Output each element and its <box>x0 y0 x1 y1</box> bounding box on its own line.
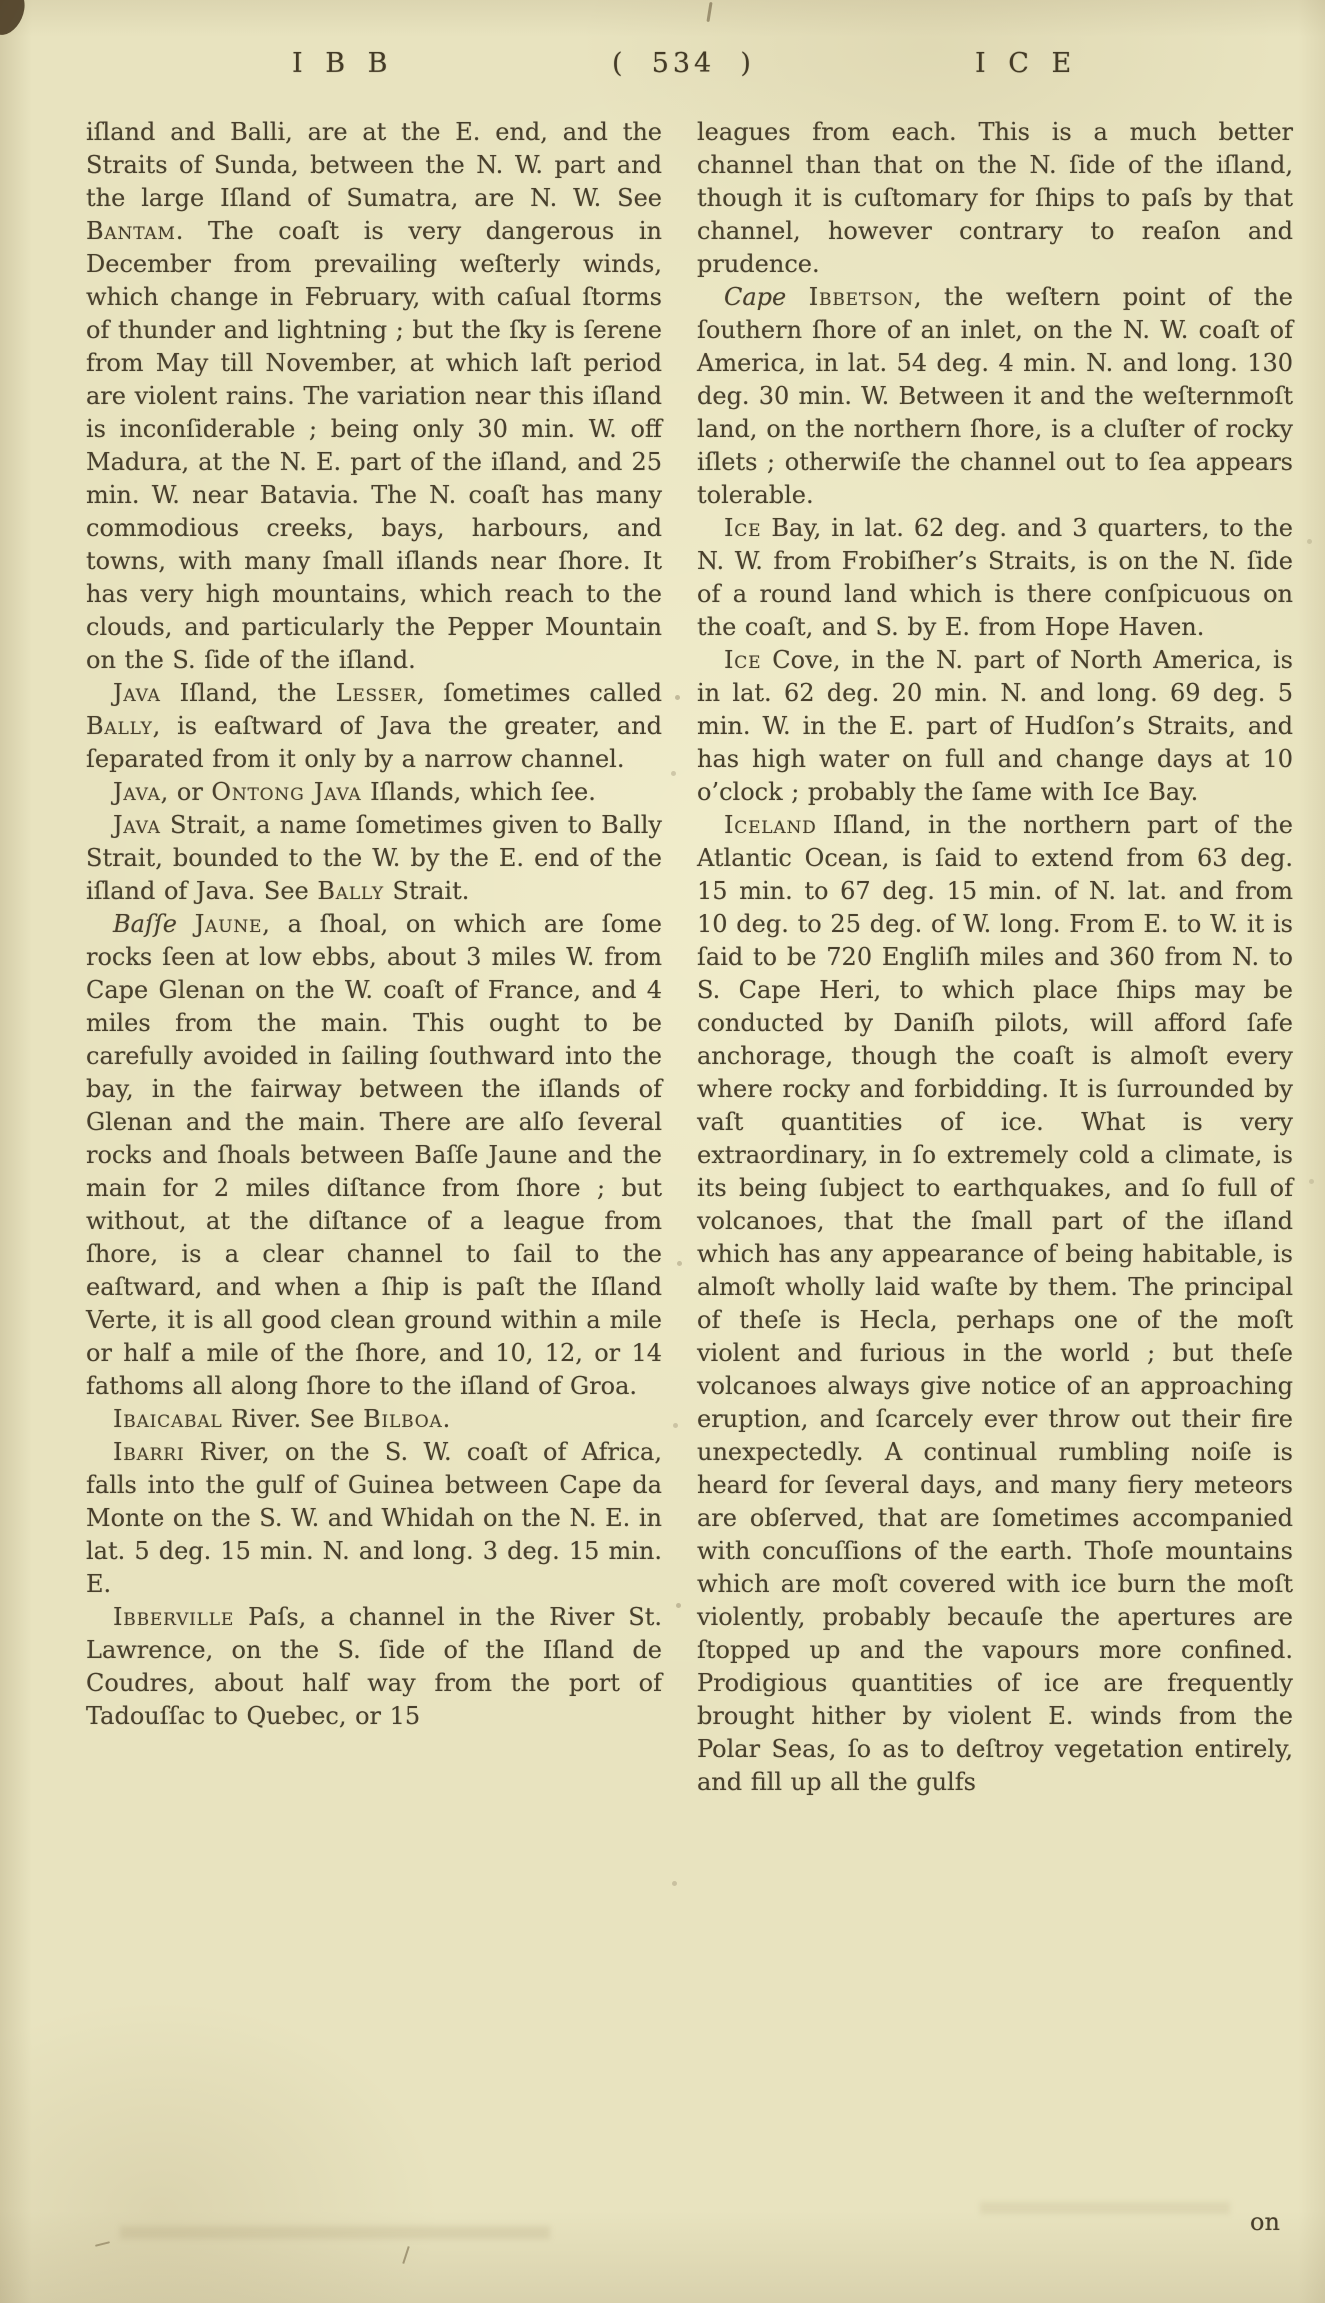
stray-slash-mark <box>402 2246 409 2264</box>
entry-headword: Java <box>113 778 161 806</box>
ink-tick-mark <box>706 2 712 22</box>
paragraph: leagues from each. This is a much better… <box>697 116 1293 281</box>
running-head-right: I C E <box>975 48 1078 79</box>
entry-headword: Jaune <box>195 910 263 938</box>
text-column-left: iſland and Balli, are at the E. end, and… <box>86 116 662 1733</box>
paper-specks <box>0 0 3 3</box>
text-run <box>177 910 195 938</box>
entry-headword: Ibarri <box>113 1438 184 1466</box>
entry-headword: Bantam <box>86 217 176 245</box>
entry-headword: Ice <box>724 646 761 674</box>
entry-headword: Iceland <box>724 811 817 839</box>
text-run: , is eaſtward of Java the greater, and ſ… <box>86 712 662 773</box>
entry-headword: Bilboa <box>363 1405 442 1433</box>
paragraph: Ibaicabal River. See Bilboa. <box>86 1403 662 1436</box>
text-column-right: leagues from each. This is a much better… <box>697 116 1293 1799</box>
catchword: on <box>1250 2208 1280 2236</box>
paragraph: Ice Bay, in lat. 62 deg. and 3 quarters,… <box>697 512 1293 644</box>
text-run: leagues from each. This is a much better… <box>697 118 1293 278</box>
show-through-smudge-left <box>120 2226 550 2239</box>
running-head-left: I B B <box>292 48 395 79</box>
paragraph: Java Iſland, the Lesser, ſometimes calle… <box>86 677 662 776</box>
entry-headword: Lesser <box>336 679 417 707</box>
paragraph: Iceland Iſland, in the northern part of … <box>697 809 1293 1799</box>
text-run <box>786 283 809 311</box>
text-run: River. See <box>223 1405 364 1433</box>
text-run: Cove, in the N. part of North America, i… <box>697 646 1293 806</box>
page-corner-stain <box>0 0 31 40</box>
entry-headword: Ibaicabal <box>113 1405 223 1433</box>
text-run: iſland and Balli, are at the E. end, and… <box>86 118 662 212</box>
scanned-book-page: I B B ( 534 ) I C E iſland and Balli, ar… <box>0 0 1325 2303</box>
text-run: Iſlands, which ſee. <box>362 778 596 806</box>
text-run: Strait. <box>384 877 469 905</box>
entry-headword: Java <box>113 679 161 707</box>
text-run: , the weſtern point of the ſouthern ſhor… <box>697 283 1293 509</box>
text-run: Iſland, in the northern part of the Atla… <box>697 811 1293 1796</box>
entry-headword: Ibbetson <box>809 283 914 311</box>
text-run: , a ſhoal, on which are ſome rocks ſeen … <box>86 910 662 1400</box>
paragraph: Cape Ibbetson, the weſtern point of the … <box>697 281 1293 512</box>
text-run: . <box>443 1405 451 1433</box>
text-run: Iſland, the <box>161 679 336 707</box>
paragraph: iſland and Balli, are at the E. end, and… <box>86 116 662 677</box>
text-run: , ſometimes called <box>417 679 662 707</box>
entry-headword: Bally <box>317 877 384 905</box>
paragraph: Java Strait, a name ſometimes given to B… <box>86 809 662 908</box>
paragraph: Ice Cove, in the N. part of North Americ… <box>697 644 1293 809</box>
entry-headword: Java <box>113 811 161 839</box>
entry-headword: Bally <box>86 712 153 740</box>
entry-headword: Ontong Java <box>211 778 361 806</box>
text-run: Cape <box>724 283 786 311</box>
show-through-smudge-right <box>980 2202 1230 2214</box>
text-run: Bay, in lat. 62 deg. and 3 quarters, to … <box>697 514 1293 641</box>
page-number: ( 534 ) <box>612 48 755 79</box>
text-run: , or <box>161 778 212 806</box>
text-run: Baſſe <box>113 910 177 938</box>
entry-headword: Ibberville <box>113 1603 234 1631</box>
text-run: . The coaſt is very dangerous in Decembe… <box>86 217 662 674</box>
paragraph: Java, or Ontong Java Iſlands, which ſee. <box>86 776 662 809</box>
paragraph: Baſſe Jaune, a ſhoal, on which are ſome … <box>86 908 662 1403</box>
paragraph: Ibarri River, on the S. W. coaſt of Afri… <box>86 1436 662 1601</box>
stray-squiggle-mark <box>95 2241 110 2247</box>
entry-headword: Ice <box>724 514 761 542</box>
paragraph: Ibberville Paſs, a channel in the River … <box>86 1601 662 1733</box>
